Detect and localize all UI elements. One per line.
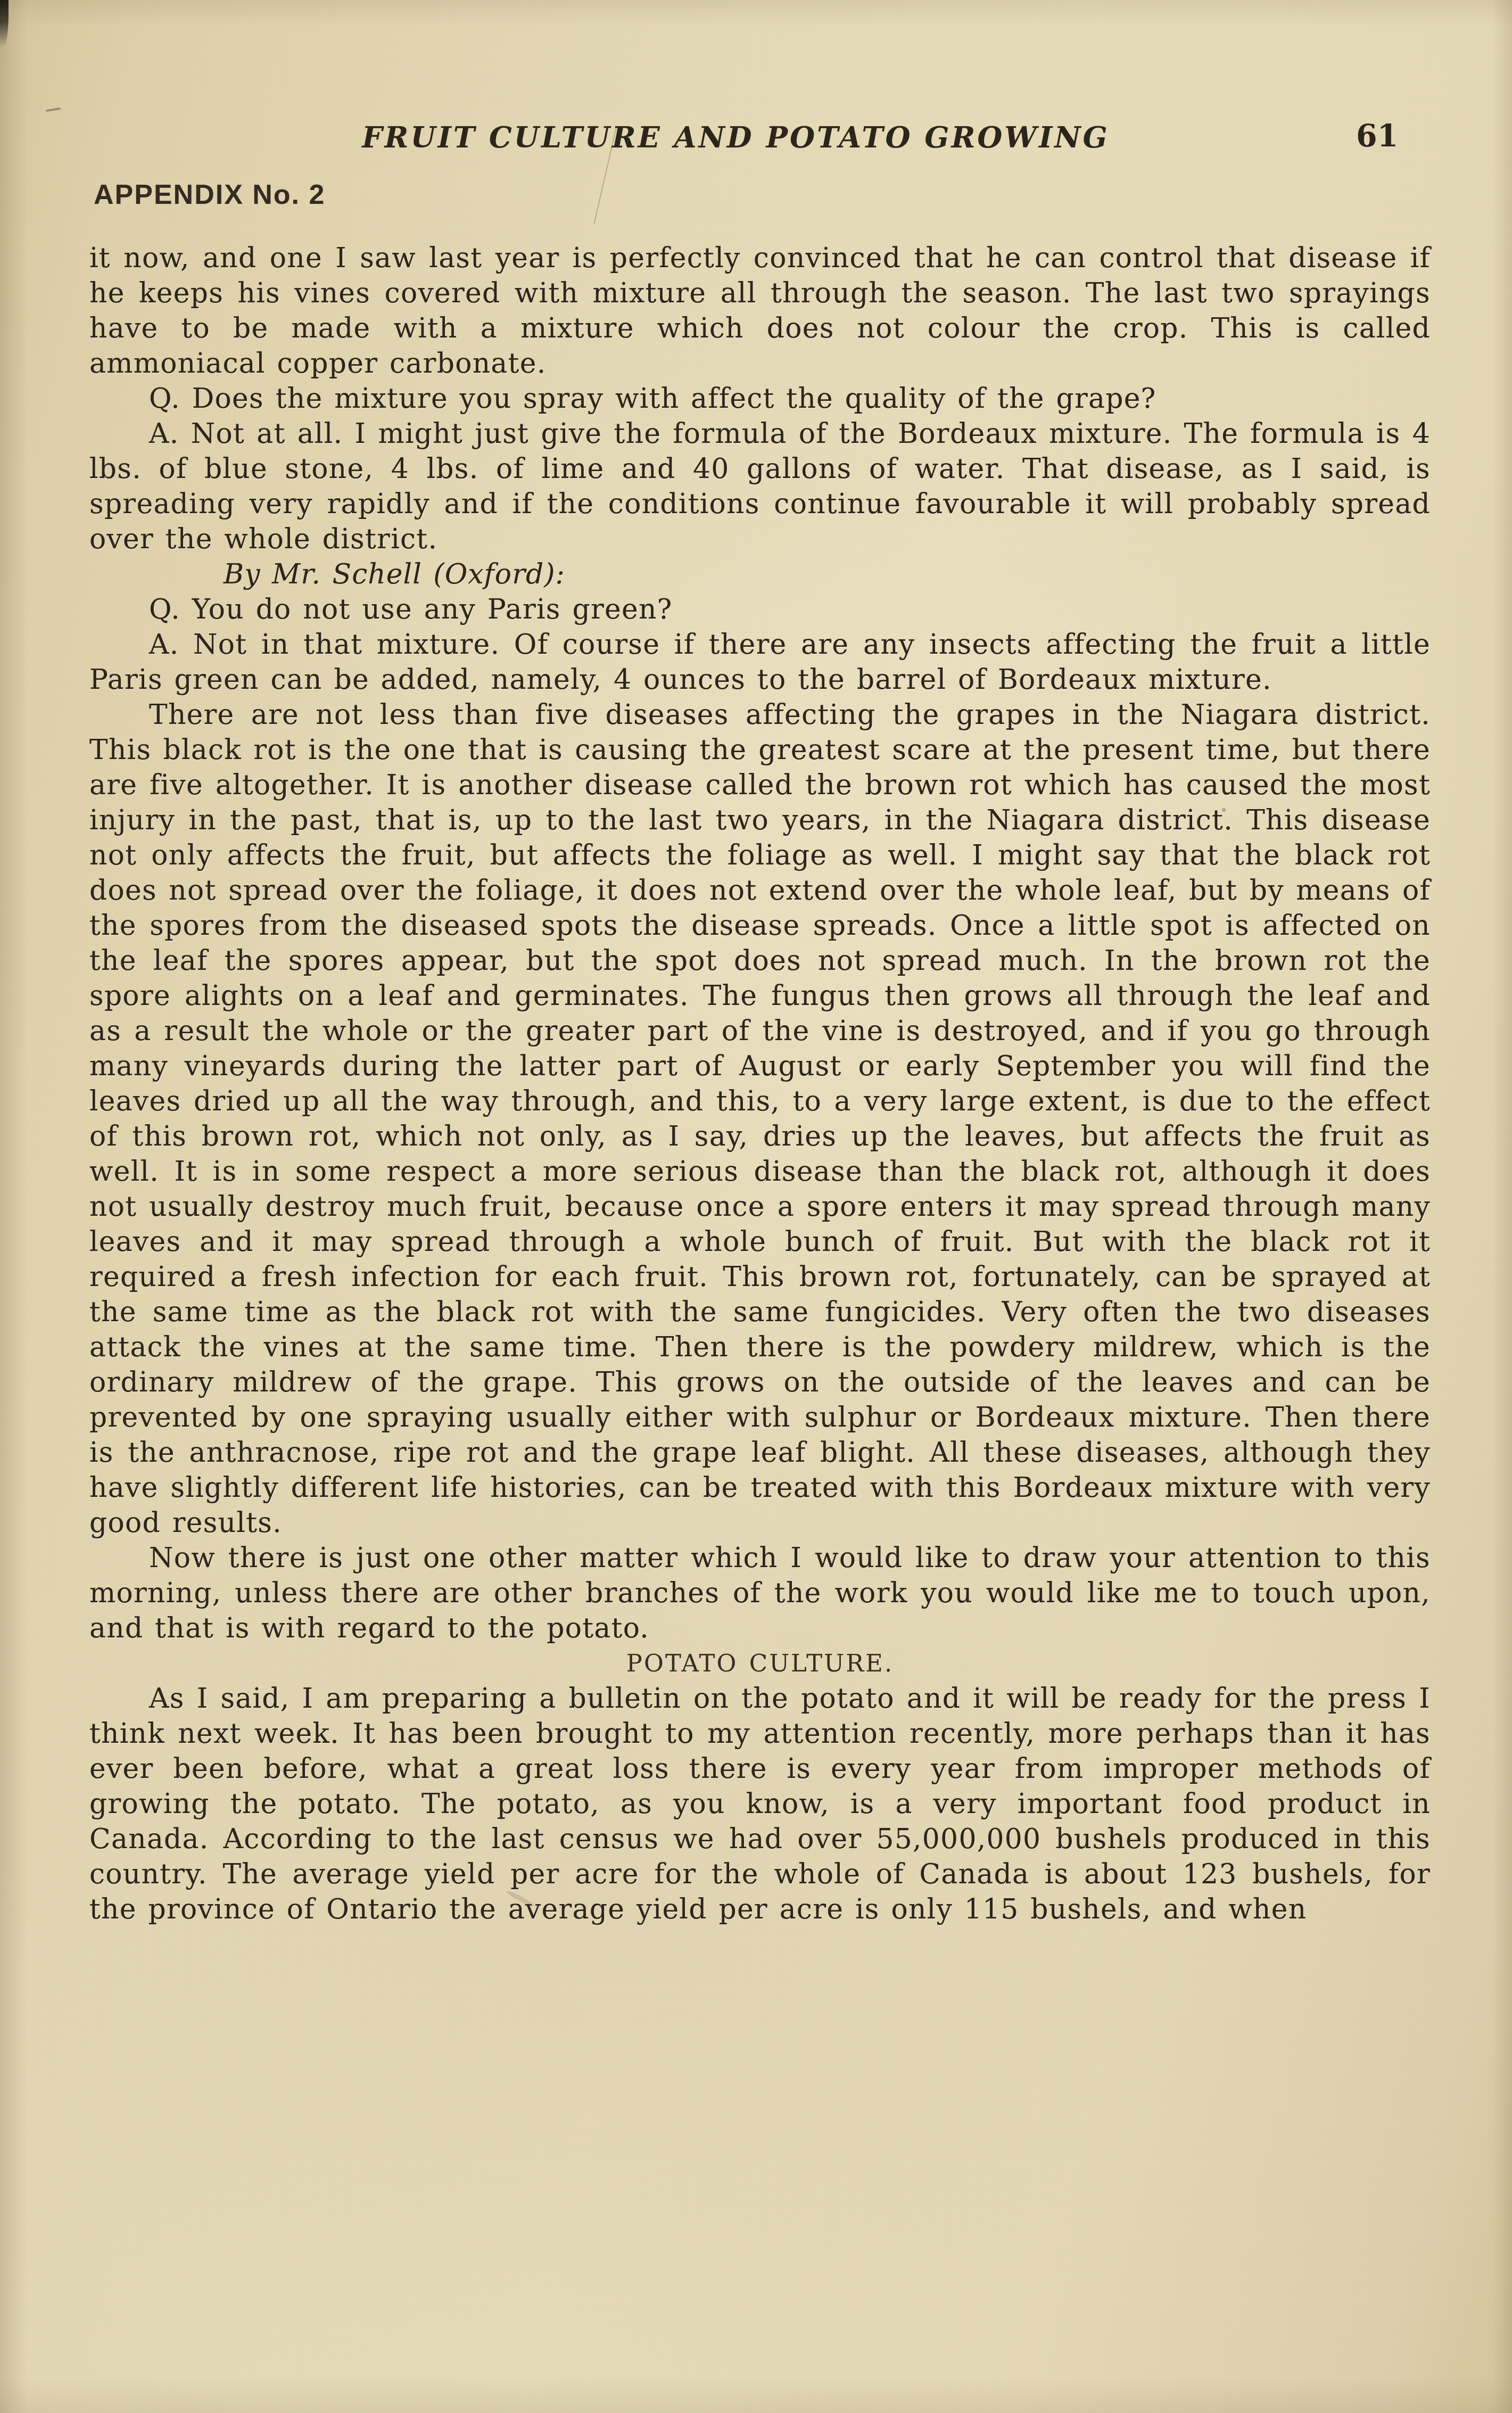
scan-artifact-dash: [46, 108, 61, 112]
paragraph-grape-diseases: There are not less than five diseases af…: [89, 697, 1431, 1541]
page-number: 61: [1356, 118, 1398, 154]
answer-1: A. Not at all. I might just give the for…: [89, 416, 1431, 557]
paragraph-potato-transition: Now there is just one other matter which…: [89, 1541, 1431, 1646]
page-body: it now, and one I saw last year is perfe…: [89, 241, 1431, 1927]
answer-2: A. Not in that mixture. Of course if the…: [89, 627, 1431, 697]
question-2: Q. You do not use any Paris green?: [89, 592, 1431, 627]
running-header-title: FRUIT CULTURE AND POTATO GROWING: [0, 120, 1492, 154]
question-1: Q. Does the mixture you spray with affec…: [89, 381, 1431, 416]
paragraph-potato-culture: As I said, I am preparing a bulletin on …: [89, 1681, 1431, 1927]
scanned-page: FRUIT CULTURE AND POTATO GROWING 61 APPE…: [0, 0, 1512, 2413]
paragraph-opening-continuation: it now, and one I saw last year is perfe…: [89, 241, 1431, 381]
scan-artifact-corner: [0, 0, 9, 49]
byline: By Mr. Schell (Oxford):: [89, 557, 1431, 592]
section-heading-potato-culture: POTATO CULTURE.: [89, 1646, 1431, 1681]
appendix-heading: APPENDIX No. 2: [94, 179, 325, 211]
